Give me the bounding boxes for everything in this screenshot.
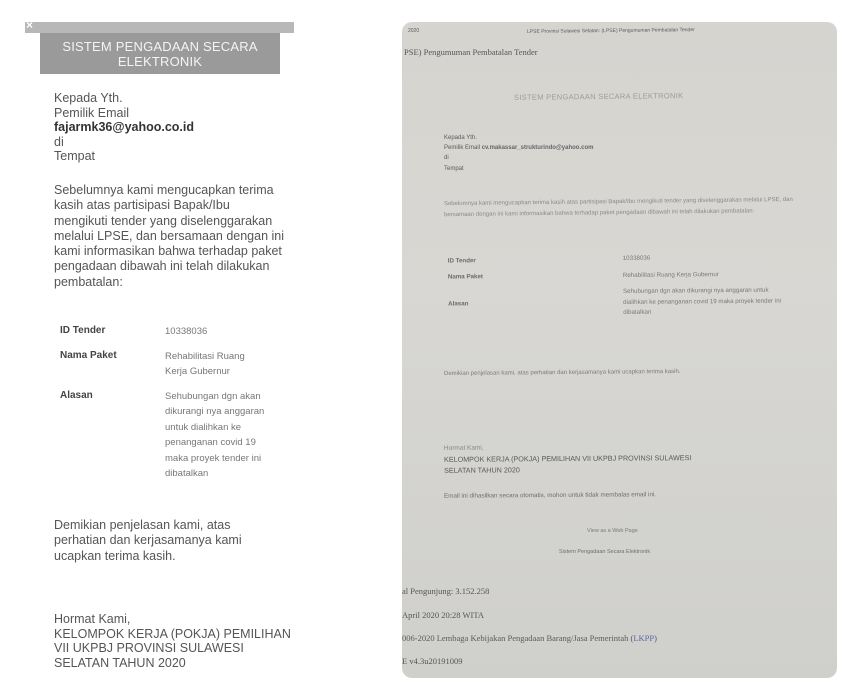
- signature-line: Hormat Kami,: [54, 612, 294, 627]
- greeting-line: Tempat: [444, 164, 593, 174]
- greeting-line: di: [54, 135, 194, 150]
- greeting-line: Pemilik Email cv.makassar_strukturindo@y…: [444, 143, 593, 153]
- row-label: ID Tender: [448, 256, 623, 265]
- greeting-line: Tempat: [54, 149, 194, 164]
- greeting-line: Pemilik Email: [54, 106, 194, 121]
- version: E v4.3u20191009: [402, 656, 462, 666]
- row-value: Sehubungan dgn akan dikurangi nya anggar…: [165, 389, 265, 482]
- auto-generated-note: Email ini dihasilkan secara otomatis, mo…: [444, 491, 656, 499]
- copyright: 006-2020 Lembaga Kebijakan Pengadaan Bar…: [402, 633, 657, 643]
- row-value: Sehubungan dgn akan dikurangi nya anggar…: [623, 286, 783, 319]
- print-date: 2020: [408, 28, 419, 34]
- intro-paragraph: Sebelumnya kami mengucapkan terima kasih…: [54, 183, 284, 290]
- greeting: Kepada Yth. Pemilik Email cv.makassar_st…: [444, 133, 593, 174]
- timestamp: April 2020 20:28 WITA: [402, 610, 484, 620]
- printed-page-photo: 2020 LPSE Provinsi Sulawesi Selatan: (LP…: [402, 22, 837, 678]
- signature-line: KELOMPOK KERJA (POKJA) PEMILIHAN VII UKP…: [54, 627, 294, 671]
- row-value: Rehabilitasi Ruang Kerja Gubernur: [165, 349, 265, 380]
- greeting-line: di: [444, 153, 593, 163]
- table-row: Alasan Sehubungan dgn akan dikurangi nya…: [448, 286, 788, 320]
- row-label: ID Tender: [60, 324, 165, 340]
- signature-line: KELOMPOK KERJA (POKJA) PEMILIHAN VII UKP…: [444, 452, 691, 465]
- greeting-line: Kepada Yth.: [54, 91, 194, 106]
- closing-paragraph: Demikian penjelasan kami, atas perhatian…: [444, 369, 681, 377]
- system-title: SISTEM PENGADAAN SECARA ELEKTRONIK: [514, 91, 683, 102]
- page-heading: PSE) Pengumuman Pembatalan Tender: [404, 47, 538, 57]
- intro-paragraph: Sebelumnya kami mengucapkan terima kasih…: [444, 195, 804, 221]
- table-row: Nama Paket Rehabilitasi Ruang Kerja Gube…: [448, 269, 788, 282]
- row-value: 10338036: [165, 324, 265, 340]
- email-screenshot: × SISTEM PENGADAAN SECARA ELEKTRONIK Kep…: [0, 0, 300, 695]
- recipient-email: cv.makassar_strukturindo@yahoo.com: [482, 145, 594, 151]
- closing-paragraph: Demikian penjelasan kami, atas perhatian…: [54, 518, 284, 564]
- lkpp-link: LKPP: [633, 633, 654, 643]
- row-value: 10338036: [623, 253, 783, 265]
- row-value: Rehabilitasi Ruang Kerja Gubernur: [623, 269, 783, 281]
- tender-details-table: ID Tender 10338036 Nama Paket Rehabilita…: [60, 324, 290, 491]
- close-icon[interactable]: ×: [26, 19, 38, 31]
- signature-line: SELATAN TAHUN 2020: [444, 463, 691, 476]
- row-label: Nama Paket: [60, 349, 165, 380]
- signature: Hormat Kami, KELOMPOK KERJA (POKJA) PEMI…: [444, 441, 692, 476]
- email-banner: SISTEM PENGADAAN SECARA ELEKTRONIK: [40, 33, 280, 74]
- recipient-email[interactable]: fajarmk36@yahoo.co.id: [54, 120, 194, 135]
- print-page-title: LPSE Provinsi Sulawesi Selatan: (LPSE) P…: [527, 27, 695, 35]
- system-name: Sistem Pengadaan Secara Elektronik: [559, 549, 650, 555]
- copyright-text: 006-2020 Lembaga Kebijakan Pengadaan Bar…: [402, 633, 633, 643]
- copyright-text: ): [654, 633, 657, 643]
- greeting-label: Pemilik Email: [444, 145, 480, 151]
- row-label: Alasan: [60, 389, 165, 482]
- row-label: Nama Paket: [448, 272, 623, 281]
- table-row: ID Tender 10338036: [448, 253, 788, 266]
- visitor-count: al Pengunjung: 3.152.258: [402, 586, 489, 596]
- greeting-line: Kepada Yth.: [444, 133, 593, 143]
- table-row: ID Tender 10338036: [60, 324, 290, 340]
- greeting: Kepada Yth. Pemilik Email fajarmk36@yaho…: [54, 91, 194, 164]
- top-bar: [25, 22, 294, 33]
- tender-details-table: ID Tender 10338036 Nama Paket Rehabilita…: [448, 253, 789, 326]
- view-web-page-link: View as a Web Page: [587, 528, 638, 534]
- table-row: Nama Paket Rehabilitasi Ruang Kerja Gube…: [60, 349, 290, 380]
- table-row: Alasan Sehubungan dgn akan dikurangi nya…: [60, 389, 290, 482]
- row-label: Alasan: [448, 299, 623, 308]
- signature: Hormat Kami, KELOMPOK KERJA (POKJA) PEMI…: [54, 612, 294, 670]
